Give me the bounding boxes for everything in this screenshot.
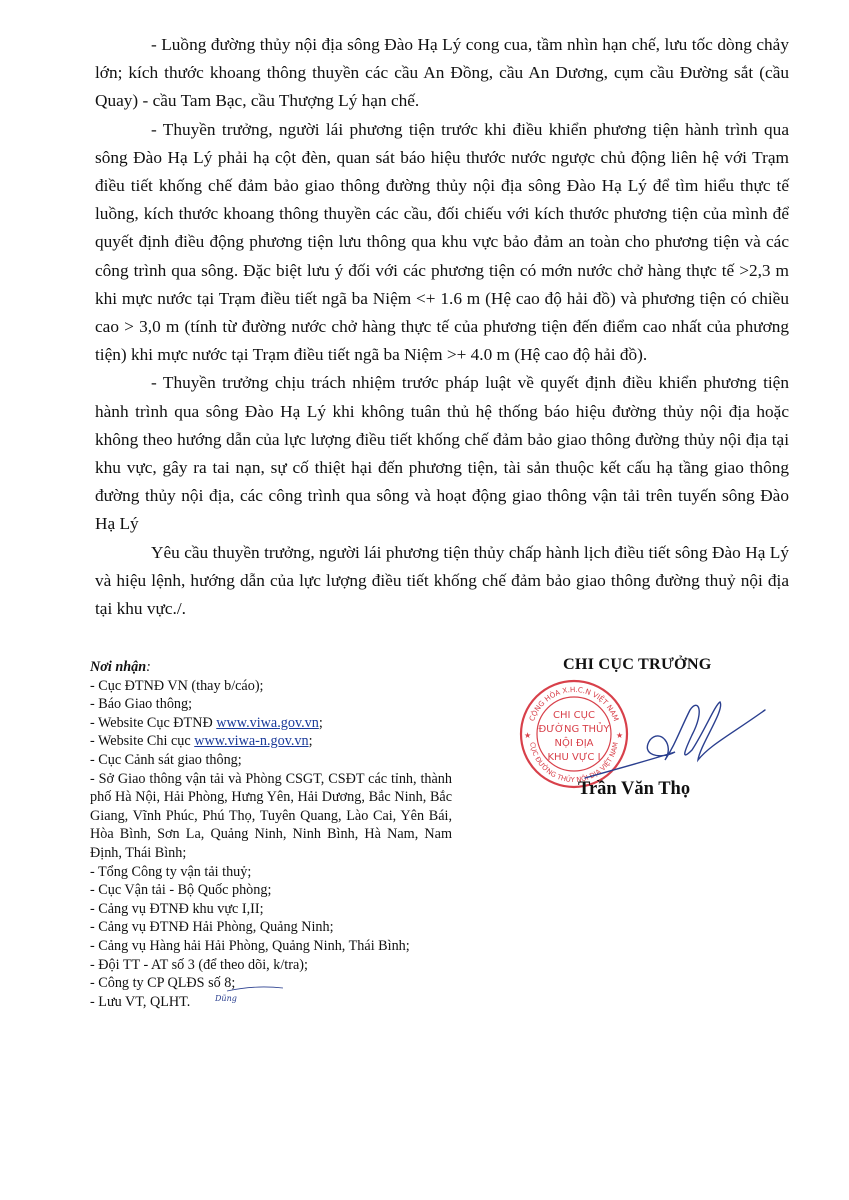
recipient-item: - Sở Giao thông vận tải và Phòng CSGT, C…	[90, 770, 452, 863]
recipient-text: - Website Cục ĐTNĐ	[90, 715, 216, 731]
paragraph-captain-responsibility: - Thuyền trưởng chịu trách nhiệm trước p…	[95, 369, 789, 538]
recipient-item: - Tổng Công ty vận tải thuỷ;	[90, 863, 452, 882]
recipient-text: - Công ty CP QLĐS số 8;	[90, 975, 235, 991]
recipient-text: - Sở Giao thông vận tải và Phòng CSGT, C…	[90, 771, 452, 861]
recipients-list: Nơi nhận: - Cục ĐTNĐ VN (thay b/cáo);- B…	[90, 658, 452, 1011]
recipient-item: - Cục Cảnh sát giao thông;	[90, 751, 452, 770]
website-link[interactable]: www.viwa-n.gov.vn	[194, 733, 308, 749]
recipient-item: - Website Cục ĐTNĐ www.viwa.gov.vn;	[90, 714, 452, 733]
paragraph-request: Yêu cầu thuyền trưởng, người lái phương …	[95, 539, 789, 624]
recipient-text: - Báo Giao thông;	[90, 696, 192, 712]
recipient-items: - Cục ĐTNĐ VN (thay b/cáo);- Báo Giao th…	[90, 677, 452, 1012]
recipient-text: - Cảng vụ ĐTNĐ Hải Phòng, Quảng Ninh;	[90, 919, 334, 935]
recipient-item: - Cảng vụ ĐTNĐ Hải Phòng, Quảng Ninh;	[90, 918, 452, 937]
recipient-text: - Đội TT - AT số 3 (để theo dõi, k/tra);	[90, 957, 308, 973]
recipient-item: - Cảng vụ Hàng hải Hải Phòng, Quảng Ninh…	[90, 937, 452, 956]
recipient-item: - Website Chi cục www.viwa-n.gov.vn;	[90, 732, 452, 751]
recipient-item: - Cục ĐTNĐ VN (thay b/cáo);	[90, 677, 452, 696]
recipients-title-text: Nơi nhận	[90, 659, 146, 675]
recipient-text: - Cảng vụ ĐTNĐ khu vực I,II;	[90, 901, 264, 917]
recipient-text: - Cảng vụ Hàng hải Hải Phòng, Quảng Ninh…	[90, 938, 410, 954]
website-link[interactable]: www.viwa.gov.vn	[216, 715, 319, 731]
svg-text:★: ★	[524, 731, 531, 740]
recipient-text: - Cục ĐTNĐ VN (thay b/cáo);	[90, 678, 264, 694]
recipient-suffix: ;	[309, 733, 313, 749]
recipients-title: Nơi nhận:	[90, 658, 452, 677]
recipient-suffix: ;	[319, 715, 323, 731]
paragraph-captain-instructions: - Thuyền trưởng, người lái phương tiện t…	[95, 116, 789, 370]
recipient-item: - Báo Giao thông;	[90, 695, 452, 714]
signer-name: Trần Văn Thọ	[578, 779, 690, 800]
recipient-item: - Đội TT - AT số 3 (để theo dõi, k/tra);	[90, 956, 452, 975]
initials-mark-icon: Dũng	[215, 985, 285, 1003]
document-body: - Luồng đường thủy nội địa sông Đào Hạ L…	[95, 31, 789, 623]
svg-text:Dũng: Dũng	[215, 994, 237, 1003]
recipient-item: - Cảng vụ ĐTNĐ khu vực I,II;	[90, 900, 452, 919]
paragraph-channel-conditions: - Luồng đường thủy nội địa sông Đào Hạ L…	[95, 31, 789, 116]
signer-title: CHI CỤC TRƯỞNG	[563, 655, 712, 674]
recipient-item: - Cục Vận tải - Bộ Quốc phòng;	[90, 881, 452, 900]
recipient-text: - Tổng Công ty vận tải thuỷ;	[90, 864, 251, 880]
recipient-text: - Website Chi cục	[90, 733, 194, 749]
recipients-title-colon: :	[146, 659, 151, 675]
recipient-text: - Cục Cảnh sát giao thông;	[90, 752, 242, 768]
recipient-text: - Lưu VT, QLHT.	[90, 994, 190, 1010]
recipient-text: - Cục Vận tải - Bộ Quốc phòng;	[90, 882, 271, 898]
handwritten-signature-icon	[580, 690, 770, 790]
